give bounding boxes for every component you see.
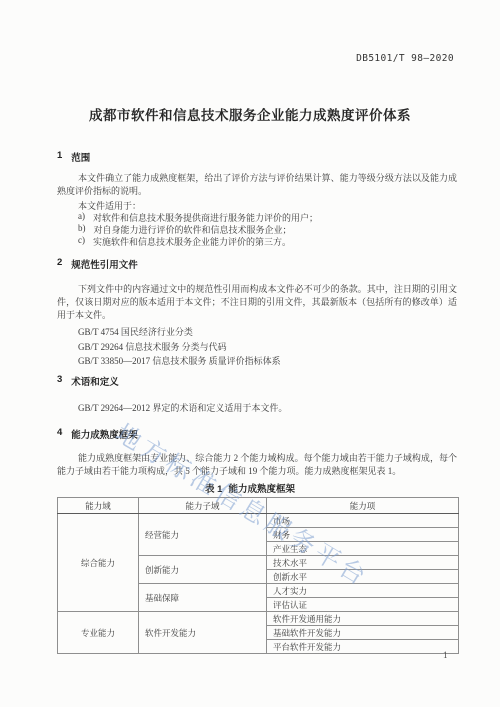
page-title: 成都市软件和信息技术服务企业能力成熟度评价体系 xyxy=(0,104,500,124)
table-cell-domain: 专业能力 xyxy=(58,612,139,654)
doc-number: DB5101/T 98—2020 xyxy=(356,53,454,64)
reference-list: GB/T 4754 国民经济行业分类 GB/T 29264 信息技术服务 分类与… xyxy=(78,325,458,369)
table-cell-domain: 综合能力 xyxy=(58,514,139,612)
page-number: 1 xyxy=(443,650,448,660)
table-cell-item: 基础软件开发能力 xyxy=(267,626,459,640)
section-1-paragraph: 本文件确立了能力成熟度框架，给出了评价方法与评价结果计算、能力等级分级方法以及能… xyxy=(57,172,457,198)
section-1-number: 1 xyxy=(57,150,62,164)
section-2-title: 规范性引用文件 xyxy=(71,257,138,271)
section-3-heading: 3 术语和定义 xyxy=(57,374,119,388)
section-3-title: 术语和定义 xyxy=(71,374,119,388)
section-3-number: 3 xyxy=(57,374,62,388)
table-cell-item: 软件开发通用能力 xyxy=(267,612,459,626)
table-cell-subdomain: 经营能力 xyxy=(139,514,267,556)
table-cell-item: 评估认证 xyxy=(267,598,459,612)
document-page: { "page": { "doc_number": "DB5101/T 98—2… xyxy=(0,0,500,707)
section-2-number: 2 xyxy=(57,257,62,271)
col-header-subdomain: 能力子域 xyxy=(139,498,267,514)
table-cell-subdomain: 软件开发能力 xyxy=(139,612,267,654)
section-4-heading: 4 能力成熟度框架 xyxy=(57,427,138,441)
list-item-c-text: 实施软件和信息技术服务企业能力评价的第三方。 xyxy=(93,235,291,248)
table-caption: 表 1 能力成熟度框架 xyxy=(0,481,500,495)
section-4-title: 能力成熟度框架 xyxy=(71,427,138,441)
col-header-item: 能力项 xyxy=(267,498,459,514)
table-cell-item: 技术水平 xyxy=(267,556,459,570)
table-cell-item: 平台软件开发能力 xyxy=(267,640,459,654)
table-cell-item: 创新水平 xyxy=(267,570,459,584)
table-cell-item: 人才实力 xyxy=(267,584,459,598)
section-2-paragraph: 下列文件中的内容通过文中的规范性引用而构成本文件必不可少的条款。其中，注日期的引… xyxy=(57,283,457,321)
reference-line: GB/T 29264 信息技术服务 分类与代码 xyxy=(78,340,458,355)
table-cell-item: 市场 xyxy=(267,514,459,528)
list-item-c-label: c) xyxy=(78,235,85,248)
table-cell-item: 财务 xyxy=(267,528,459,542)
reference-line: GB/T 33850—2017 信息技术服务 质量评价指标体系 xyxy=(78,354,458,369)
reference-line: GB/T 4754 国民经济行业分类 xyxy=(78,325,458,340)
table-caption-title: 能力成熟度框架 xyxy=(228,481,295,495)
table-cell-item: 产业生态 xyxy=(267,542,459,556)
section-4-paragraph: 能力成熟度框架由专业能力、综合能力 2 个能力域构成。每个能力域由若干能力子域构… xyxy=(57,452,457,478)
section-2-heading: 2 规范性引用文件 xyxy=(57,257,138,271)
table-cell-subdomain: 创新能力 xyxy=(139,556,267,584)
capability-framework-table: 能力域 能力子域 能力项 综合能力 经营能力 市场 财务 产业生态 创新能力 技… xyxy=(57,497,459,654)
col-header-domain: 能力域 xyxy=(58,498,139,514)
section-1-heading: 1 范围 xyxy=(57,150,90,164)
section-3-paragraph: GB/T 29264—2012 界定的术语和定义适用于本文件。 xyxy=(57,401,457,414)
table-caption-label: 表 1 xyxy=(205,481,222,495)
list-item-c: c) 实施软件和信息技术服务企业能力评价的第三方。 xyxy=(78,235,448,248)
section-4-number: 4 xyxy=(57,427,62,441)
section-1-title: 范围 xyxy=(71,150,90,164)
table-cell-subdomain: 基础保障 xyxy=(139,584,267,612)
